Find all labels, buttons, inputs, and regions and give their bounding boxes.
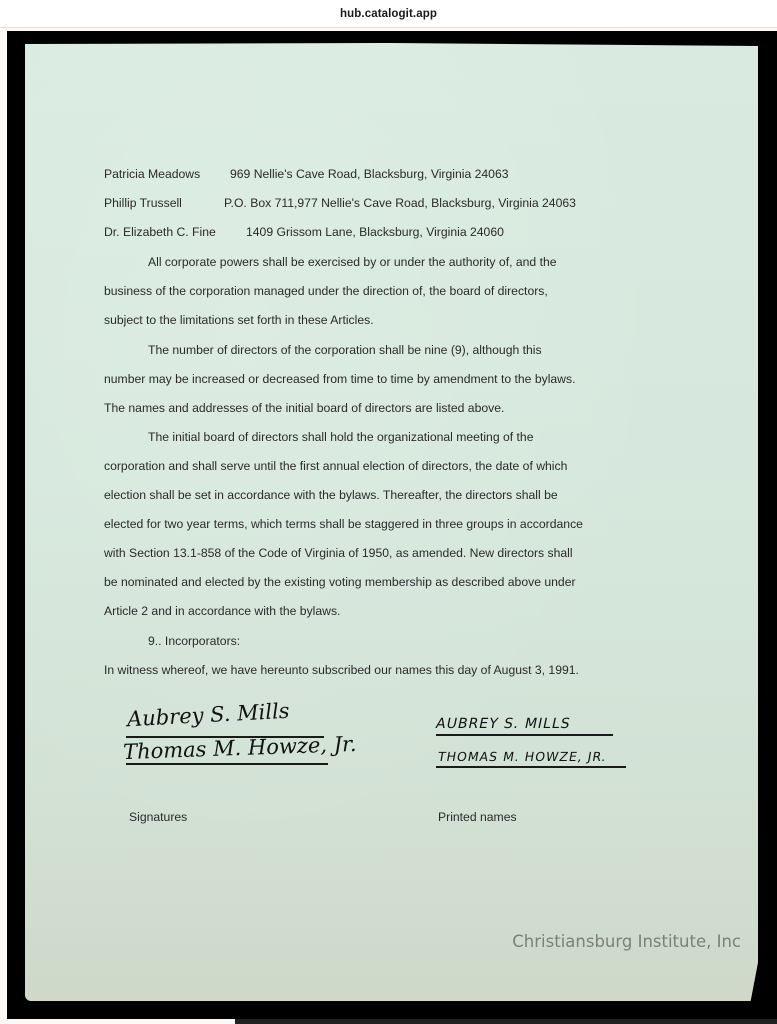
printed-names-caption: Printed names [438,810,517,824]
url-text: hub.catalogit.app [340,8,437,20]
paragraph-line: elected for two year terms, which terms … [104,517,583,531]
printed-name: AUBREY S. MILLS [434,716,572,732]
paragraph-line: Article 2 and in accordance with the byl… [104,604,340,618]
paragraph-line: with Section 13.1-858 of the Code of Vir… [104,546,573,560]
watermark: Christiansburg Institute, Inc [512,932,741,951]
director-row: Phillip TrussellP.O. Box 711,977 Nellie'… [104,196,576,210]
printed-name-line [436,766,626,768]
paragraph-line: The initial board of directors shall hol… [148,430,534,444]
director-address: P.O. Box 711,977 Nellie's Cave Road, Bla… [224,196,576,210]
director-name: Patricia Meadows [104,167,230,181]
witness-line: In witness whereof, we have hereunto sub… [104,663,579,677]
signature-line [126,763,328,765]
director-address: 1409 Grissom Lane, Blacksburg, Virginia … [246,225,504,239]
section-heading: 9.. Incorporators: [148,634,240,648]
paragraph-line: number may be increased or decreased fro… [104,372,575,386]
director-row: Patricia Meadows969 Nellie's Cave Road, … [104,167,509,181]
paragraph-line: The names and addresses of the initial b… [104,401,504,415]
paragraph-line: subject to the limitations set forth in … [104,313,374,327]
paragraph-line: The number of directors of the corporati… [148,343,542,357]
paragraph-line: election shall be set in accordance with… [104,488,558,502]
director-name: Dr. Elizabeth C. Fine [104,225,246,239]
paragraph-line: be nominated and elected by the existing… [104,575,576,589]
director-name: Phillip Trussell [104,196,224,210]
printed-name-line [436,734,613,736]
printed-name: THOMAS M. HOWZE, JR. [437,749,608,764]
paragraph-line: business of the corporation managed unde… [104,284,548,298]
signatures-caption: Signatures [129,810,187,824]
director-address: 969 Nellie's Cave Road, Blacksburg, Virg… [230,167,509,181]
paragraph-line: corporation and shall serve until the fi… [104,459,567,473]
paragraph-line: All corporate powers shall be exercised … [148,255,557,269]
browser-address-bar[interactable]: hub.catalogit.app [0,0,777,28]
director-row: Dr. Elizabeth C. Fine1409 Grissom Lane, … [104,225,504,239]
